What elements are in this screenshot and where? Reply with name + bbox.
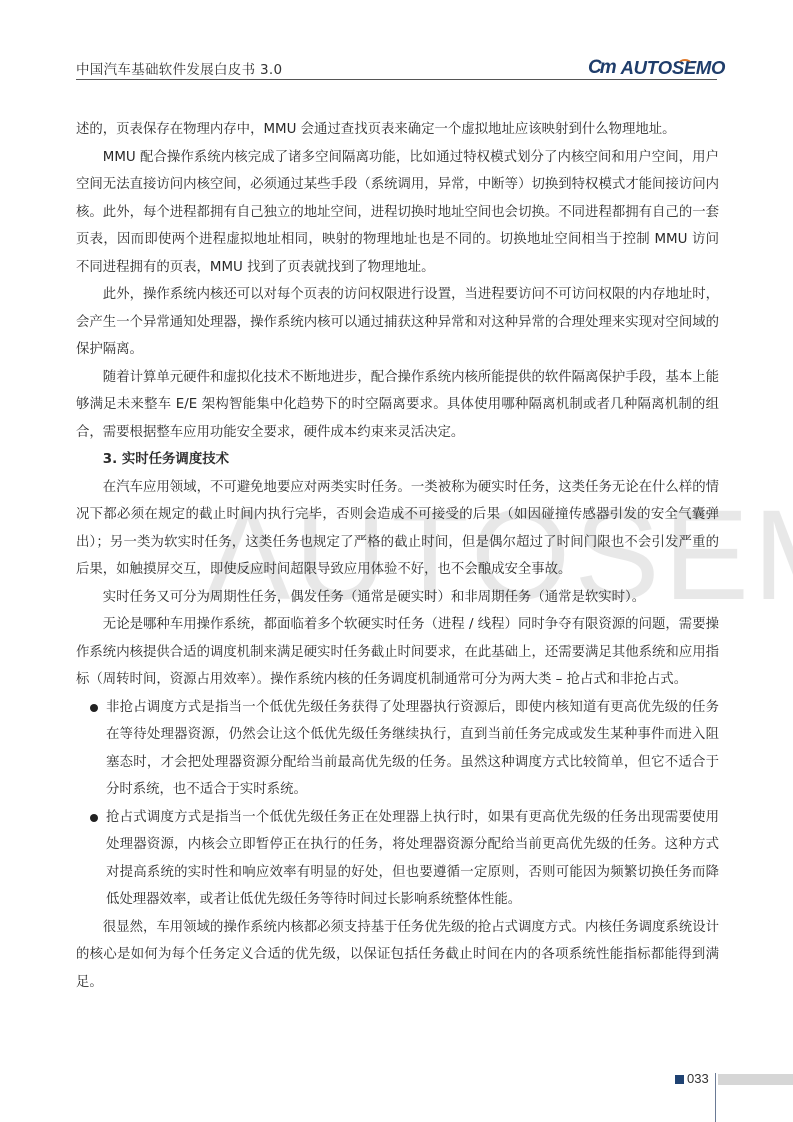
list-item: 抢占式调度方式是指当一个低优先级任务正在处理器上执行时，如果有更高优先级的任务出… <box>76 804 719 914</box>
footer-bar <box>718 1074 793 1085</box>
header-divider <box>76 79 717 80</box>
paragraph: 随着计算单元硬件和虚拟化技术不断地进步，配合操作系统内核所能提供的软件隔离保护手… <box>76 364 719 447</box>
paragraph: 无论是哪种车用操作系统，都面临着多个软硬实时任务（进程 / 线程）同时争夺有限资… <box>76 611 719 694</box>
list-item-text: 抢占式调度方式是指当一个低优先级任务正在处理器上执行时，如果有更高优先级的任务出… <box>106 810 719 908</box>
logo-wordmark: AUTOSEMO <box>621 57 726 79</box>
paragraph: 实时任务又可分为周期性任务，偶发任务（通常是硬实时）和非周期任务（通常是软实时）… <box>76 584 719 612</box>
bullet-icon <box>90 814 98 822</box>
autosemo-logo: Cm AUTOSEMO <box>588 58 725 78</box>
list-item: 非抢占调度方式是指当一个低优先级任务获得了处理器执行资源后，即使内核知道有更高优… <box>76 694 719 804</box>
logo-text-prefix: AUT <box>621 57 658 78</box>
page-marker-icon <box>675 1075 684 1084</box>
paragraph: MMU 配合操作系统内核完成了诸多空间隔离功能，比如通过特权模式划分了内核空间和… <box>76 144 719 282</box>
list-item-text: 非抢占调度方式是指当一个低优先级任务获得了处理器执行资源后，即使内核知道有更高优… <box>106 700 719 798</box>
bullet-list: 非抢占调度方式是指当一个低优先级任务获得了处理器执行资源后，即使内核知道有更高优… <box>76 694 719 914</box>
bullet-icon <box>90 704 98 712</box>
section-heading: 3. 实时任务调度技术 <box>76 446 719 474</box>
paragraph: 在汽车应用领域，不可避免地要应对两类实时任务。一类被称为硬实时任务，这类任务无论… <box>76 474 719 584</box>
paragraph: 述的，页表保存在物理内存中，MMU 会通过查找页表来确定一个虚拟地址应该映射到什… <box>76 116 719 144</box>
paragraph: 很显然，车用领域的操作系统内核都必须支持基于任务优先级的抢占式调度方式。内核任务… <box>76 914 719 997</box>
footer-divider <box>715 1073 716 1122</box>
page-number: 033 <box>687 1071 709 1086</box>
paragraph: 此外，操作系统内核还可以对每个页表的访问权限进行设置，当进程要访问不可访问权限的… <box>76 281 719 364</box>
document-title: 中国汽车基础软件发展白皮书 3.0 <box>76 58 282 78</box>
logo-swoosh-icon <box>679 59 691 67</box>
logo-text-o: O <box>658 57 672 79</box>
logo-mark-icon: Cm <box>588 57 615 79</box>
document-body: 述的，页表保存在物理内存中，MMU 会通过查找页表来确定一个虚拟地址应该映射到什… <box>76 116 719 996</box>
